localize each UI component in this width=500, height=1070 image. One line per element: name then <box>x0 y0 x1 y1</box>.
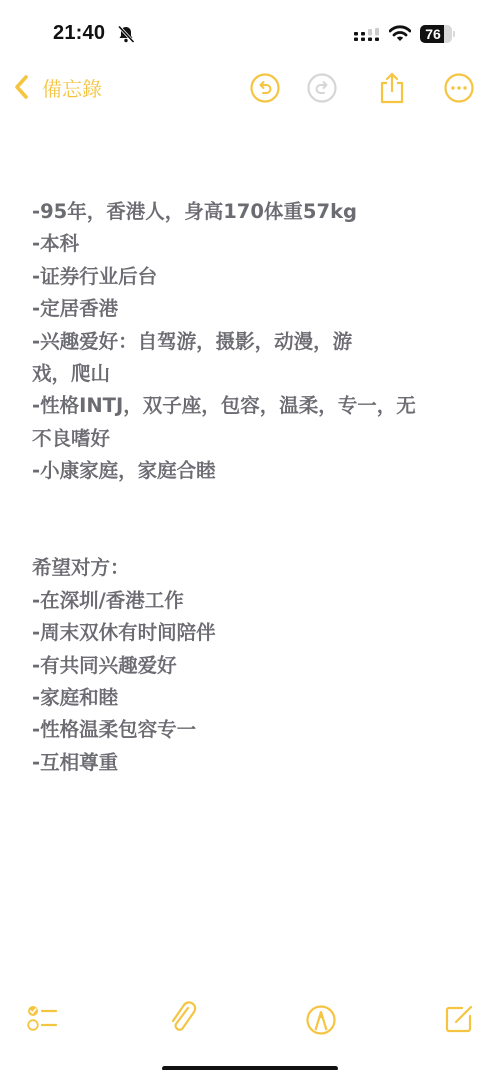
note-line: 戏，爬山 <box>32 358 472 390</box>
cellular-signal-icon <box>354 28 382 42</box>
note-line: -兴趣爱好：自驾游，摄影，动漫，游 <box>32 326 472 358</box>
share-button[interactable] <box>376 72 408 104</box>
chevron-left-icon <box>12 74 32 100</box>
undo-button[interactable] <box>249 72 281 104</box>
status-bar: 21:40 76 <box>0 0 500 62</box>
note-line: -有共同兴趣爱好 <box>32 650 472 682</box>
note-line: -互相尊重 <box>32 747 472 779</box>
note-line: -定居香港 <box>32 293 472 325</box>
back-label: 備忘錄 <box>42 73 102 102</box>
nav-bar: 備忘錄 <box>0 62 500 114</box>
battery-percent: 76 <box>420 25 446 43</box>
note-line: -证券行业后台 <box>32 261 472 293</box>
note-line <box>32 520 472 552</box>
note-line: -周末双休有时间陪伴 <box>32 617 472 649</box>
note-line: -家庭和睦 <box>32 682 472 714</box>
note-line: -性格INTJ，双子座，包容，温柔，专一，无 <box>32 390 472 422</box>
wifi-icon <box>389 25 411 42</box>
markup-button[interactable] <box>303 1000 339 1036</box>
compose-button[interactable] <box>442 1000 478 1036</box>
home-indicator[interactable] <box>162 1066 338 1070</box>
note-line: -小康家庭，家庭合睦 <box>32 455 472 487</box>
note-line: -在深圳/香港工作 <box>32 585 472 617</box>
note-line: 希望对方： <box>32 552 472 584</box>
note-line: -本科 <box>32 228 472 260</box>
note-line: -性格温柔包容专一 <box>32 714 472 746</box>
more-options-button[interactable] <box>443 72 475 104</box>
note-line: -95年，香港人，身高170体重57kg <box>32 196 472 228</box>
battery-indicator: 76 <box>420 25 456 43</box>
redo-button[interactable] <box>306 72 338 104</box>
bell-slash-icon <box>116 24 136 44</box>
attachment-button[interactable] <box>166 1000 202 1036</box>
back-button[interactable]: 備忘錄 <box>12 72 102 102</box>
note-body[interactable]: -95年，香港人，身高170体重57kg -本科 -证券行业后台 -定居香港 -… <box>32 196 472 779</box>
status-time: 21:40 <box>53 22 105 45</box>
bottom-toolbar <box>0 998 500 1042</box>
checklist-button[interactable] <box>24 1000 60 1036</box>
note-line <box>32 488 472 520</box>
note-line: 不良嗜好 <box>32 423 472 455</box>
